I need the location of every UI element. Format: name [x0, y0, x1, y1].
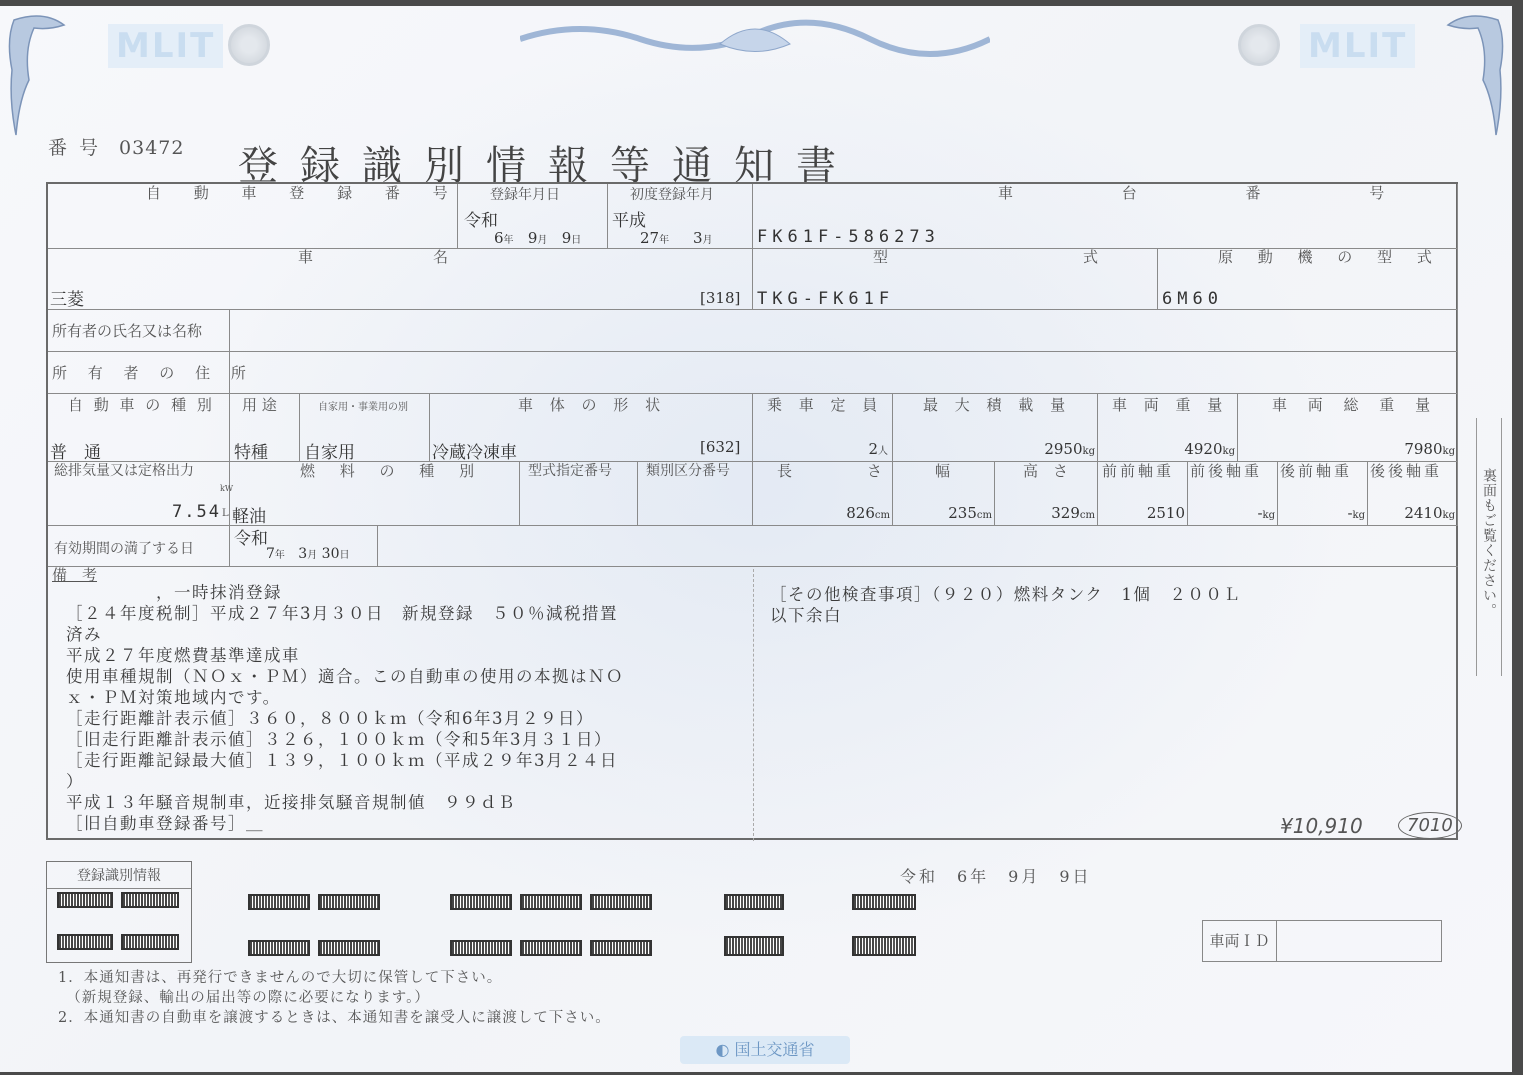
private-business-cell: 自家用・事業用の別 自家用 — [300, 394, 430, 462]
use-cell: 用 途 特種 — [230, 394, 300, 462]
remarks-right: ［その他検査事項］（９２０）燃料タンク 1個 ２００Ｌ以下余白 — [770, 584, 1241, 626]
vehicle-id-box: 車両ＩＤ — [1202, 920, 1442, 962]
mlit-emblem-icon — [228, 24, 270, 66]
ornament-top-icon — [520, 14, 990, 64]
qr-code-icon — [450, 940, 512, 956]
rear-rear-axle-cell: 後後軸重 2410kg — [1368, 462, 1458, 526]
expiry-label-cell: 有効期間の満了する日 — [48, 526, 230, 567]
issue-date: 令和 6年 9月 9日 — [900, 864, 1092, 887]
handwritten-amount: ¥10,910 — [1280, 814, 1363, 838]
remarks-line: ［２４年度税制］平成２７年3月３０日 新規登録 ５０％減税措置 — [66, 603, 624, 624]
remarks-line: 以下余白 — [770, 605, 1241, 626]
rear-front-axle-cell: 後前軸重 -kg — [1278, 462, 1368, 526]
expiry-blank-cell — [378, 526, 1458, 567]
capacity-cell: 乗 車 定 員 2人 — [753, 394, 893, 462]
document-number-value: 03472 — [119, 137, 184, 159]
displacement-cell: 総排気量又は定格出力 kW 7.54 L — [48, 462, 230, 526]
qr-code-icon — [57, 934, 113, 950]
registration-identification-box: 登録識別情報 — [46, 861, 192, 963]
model-cell: 型 式 TKG-FK61F — [753, 249, 1158, 310]
width-cell: 幅 235cm — [893, 462, 995, 526]
vehicle-type-cell: 自 動 車 の 種 別 普 通 — [48, 394, 230, 462]
document-number: 番 号03472 — [48, 133, 185, 160]
qr-code-icon — [724, 894, 784, 910]
remarks-line: ［旧走行距離計表示値］３２６，１００ｋｍ（令和5年3月３１日） — [66, 729, 624, 750]
first-registration-cell: 初度登録年月 平成 27年 3月 — [608, 184, 753, 249]
see-reverse-note: 裏面もご覧ください。 — [1476, 418, 1502, 676]
qr-code-icon — [590, 940, 652, 956]
remarks-line: 平成１３年騒音規制車，近接排気騒音規制値 ９９ｄＢ — [66, 792, 624, 813]
remarks-line: ［その他検査事項］（９２０）燃料タンク 1個 ２００Ｌ — [770, 584, 1241, 605]
registration-identification-label: 登録識別情報 — [47, 862, 191, 889]
max-load-cell: 最 大 積 載 量 2950kg — [893, 394, 1098, 462]
fuel-type-cell: 燃 料 の 種 別 軽油 — [230, 462, 520, 526]
note-line: 1．本通知書は、再発行できませんので大切に保管して下さい。 — [58, 968, 611, 988]
qr-code-icon — [450, 894, 512, 910]
remarks-line: ［走行距離記録最大値］１３９，１００ｋｍ（平成２９年3月２４日 — [66, 750, 624, 771]
qr-code-icon — [248, 894, 310, 910]
mlit-logo: MLIT — [1300, 24, 1415, 68]
owner-address-field — [230, 352, 1458, 394]
chassis-number-cell: 車 台 番 号 FK61F-586273 — [753, 184, 1458, 249]
registration-number-cell: 自 動 車 登 録 番 号 — [48, 184, 458, 249]
note-line: 2．本通知書の自動車を譲渡するときは、本通知書を譲受人に譲渡して下さい。 — [58, 1008, 611, 1028]
remarks-line: ，一時抹消登録 — [66, 582, 624, 603]
vehicle-weight-cell: 車 両 重 量 4920kg — [1098, 394, 1238, 462]
remarks-line: ［旧自動車登録番号］＿ — [66, 813, 624, 834]
owner-address-label-cell: 所 有 者 の 住 所 — [48, 352, 230, 394]
qr-code-icon — [852, 936, 916, 956]
owner-name-field — [230, 310, 1458, 352]
registration-notice-document: MLIT MLIT 番 号03472 登録識別情報等通知書 自 動 車 登 録 … — [0, 6, 1512, 1072]
remarks-divider — [753, 569, 754, 841]
remarks-line: ｘ・ＰＭ対策地域内です。 — [66, 687, 624, 708]
vehicle-id-label: 車両ＩＤ — [1203, 921, 1277, 961]
remarks-line: 使用車種規制（ＮＯｘ・ＰＭ）適合。この自動車の使用の本拠はＮＯ — [66, 666, 624, 687]
qr-code-icon — [590, 894, 652, 910]
ornament-corner-left-icon — [4, 10, 74, 140]
note-line: （新規登録、輸出の届出等の際に必要になります。） — [58, 988, 611, 1008]
type-approval-cell: 型式指定番号 — [520, 462, 638, 526]
qr-code-icon — [121, 934, 179, 950]
qr-code-icon — [57, 892, 113, 908]
qr-code-icon — [520, 894, 582, 910]
length-cell: 長 さ 826cm — [753, 462, 893, 526]
document-number-label: 番 号 — [48, 137, 101, 159]
owner-name-label-cell: 所有者の氏名又は名称 — [48, 310, 230, 352]
remarks-line: 済み — [66, 624, 624, 645]
expiry-date-cell: 令和 7年 3月 30日 — [230, 526, 378, 567]
remarks-line: ［走行距離計表示値］３６０，８００ｋｍ（令和6年3月２９日） — [66, 708, 624, 729]
ornament-corner-right-icon — [1438, 10, 1508, 140]
mlit-emblem-icon — [1238, 24, 1280, 66]
mlit-logo-icon: ◐ — [715, 1040, 734, 1059]
gross-weight-cell: 車 両 総 重 量 7980kg — [1238, 394, 1458, 462]
engine-model-cell: 原 動 機 の 型 式 6M60 — [1158, 249, 1458, 310]
qr-code-icon — [318, 894, 380, 910]
qr-code-icon — [520, 940, 582, 956]
car-name-cell: 車 名 三菱 [318] — [48, 249, 753, 310]
category-number-cell: 類別区分番号 — [638, 462, 753, 526]
remarks-line: ） — [66, 771, 624, 792]
mlit-logo: MLIT — [108, 24, 223, 68]
qr-code-icon — [724, 936, 784, 956]
notes: 1．本通知書は、再発行できませんので大切に保管して下さい。 （新規登録、輸出の届… — [58, 968, 611, 1028]
qr-code-icon — [852, 894, 916, 910]
remarks-left: ，一時抹消登録［２４年度税制］平成２７年3月３０日 新規登録 ５０％減税措置済み… — [66, 582, 624, 834]
registration-date-cell: 登録年月日 令和 6年 9月 9日 — [458, 184, 608, 249]
height-cell: 高 さ 329cm — [995, 462, 1098, 526]
qr-code-icon — [248, 940, 310, 956]
handwritten-circled-number: 7010 — [1398, 812, 1462, 839]
front-rear-axle-cell: 前後軸重 -kg — [1188, 462, 1278, 526]
front-front-axle-cell: 前前軸重 2510 — [1098, 462, 1188, 526]
qr-code-icon — [318, 940, 380, 956]
ministry-badge: ◐ 国土交通省 — [680, 1036, 850, 1064]
vehicle-info-table: 自 動 車 登 録 番 号 登録年月日 令和 6年 9月 9日 初度登録年月 平… — [46, 182, 1458, 840]
body-shape-cell: 車 体 の 形 状 冷蔵冷凍車 [632] — [430, 394, 753, 462]
remarks-line: 平成２７年度燃費基準達成車 — [66, 645, 624, 666]
qr-code-icon — [121, 892, 179, 908]
